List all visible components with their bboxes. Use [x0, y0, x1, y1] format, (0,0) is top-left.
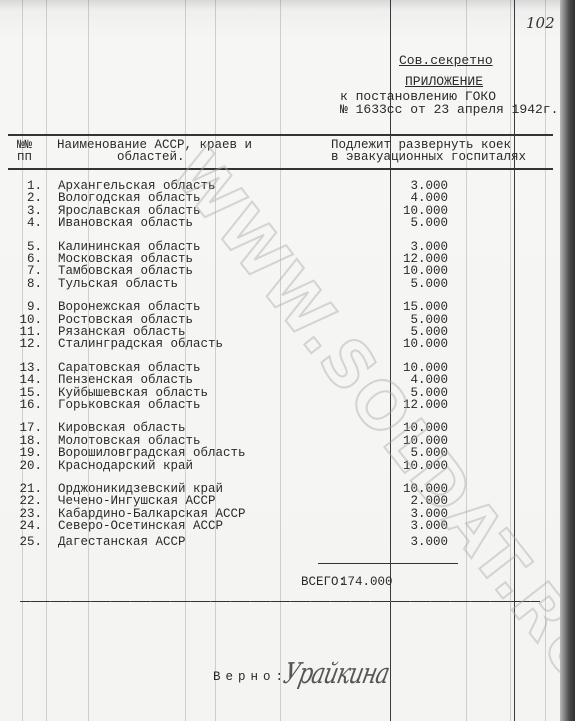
- signature: Урайкина: [281, 658, 392, 691]
- region-name: Краснодарский край: [58, 460, 193, 473]
- row-number: 8.: [27, 278, 42, 291]
- region-name: Сталинградская область: [58, 338, 223, 351]
- bed-count: 12.000: [403, 399, 448, 412]
- bed-count: 10.000: [403, 338, 448, 351]
- bed-count: 3.000: [410, 536, 448, 549]
- document-page: 102 Сов.секретно ПРИЛОЖЕНИЕ к постановле…: [0, 0, 560, 721]
- table-row: 12.Сталинградская область10.000: [0, 338, 560, 351]
- region-name: Ивановская область: [58, 217, 193, 230]
- region-name: Северо-Осетинская АССР: [58, 520, 223, 533]
- table-top-rule: [8, 134, 553, 136]
- header-name: Наименование АССР, краев и областей.: [57, 139, 252, 163]
- appendix-title: ПРИЛОЖЕНИЕ: [405, 74, 483, 89]
- table-bottom-rule: [20, 601, 540, 602]
- table-row: 24.Северо-Осетинская АССР3.000: [0, 520, 560, 533]
- classification-stamp: Сов.секретно: [399, 53, 493, 68]
- row-number: 16.: [19, 399, 42, 412]
- region-name: Горьковская область: [58, 399, 201, 412]
- scan-line: [215, 0, 216, 721]
- resolution-line-2: № 1633сс от 23 апреля 1942г.: [340, 102, 558, 117]
- header-bottom-rule: [8, 168, 553, 170]
- header-number: №№ пп: [17, 139, 32, 163]
- table-row: 20.Краснодарский край10.000: [0, 460, 560, 473]
- row-number: 12.: [19, 338, 42, 351]
- total-rule: [318, 563, 458, 564]
- row-number: 20.: [19, 460, 42, 473]
- total-value: 174.000: [340, 575, 393, 589]
- scan-line: [46, 0, 47, 721]
- bed-count: 5.000: [410, 278, 448, 291]
- scan-line: [280, 0, 281, 721]
- certified-label: Верно:: [213, 670, 288, 684]
- row-number: 24.: [19, 520, 42, 533]
- bed-count: 10.000: [403, 460, 448, 473]
- row-number: 4.: [27, 217, 42, 230]
- region-name: Дагестанская АССР: [58, 536, 186, 549]
- table-row: 16.Горьковская область12.000: [0, 399, 560, 412]
- page-number: 102: [526, 14, 555, 32]
- header-beds: Подлежит развернуть коек в эвакуационных…: [331, 139, 526, 163]
- scan-edge: [560, 0, 575, 721]
- row-number: 25.: [19, 536, 42, 549]
- bed-count: 3.000: [410, 520, 448, 533]
- table-row: 25.Дагестанская АССР3.000: [0, 536, 560, 549]
- resolution-reference: к постановлению ГОКО № 1633сс от 23 апре…: [340, 90, 558, 116]
- table-row: 8.Тульская область5.000: [0, 278, 560, 291]
- bed-count: 5.000: [410, 217, 448, 230]
- table-row: 4.Ивановская область5.000: [0, 217, 560, 230]
- region-name: Тульская область: [58, 278, 178, 291]
